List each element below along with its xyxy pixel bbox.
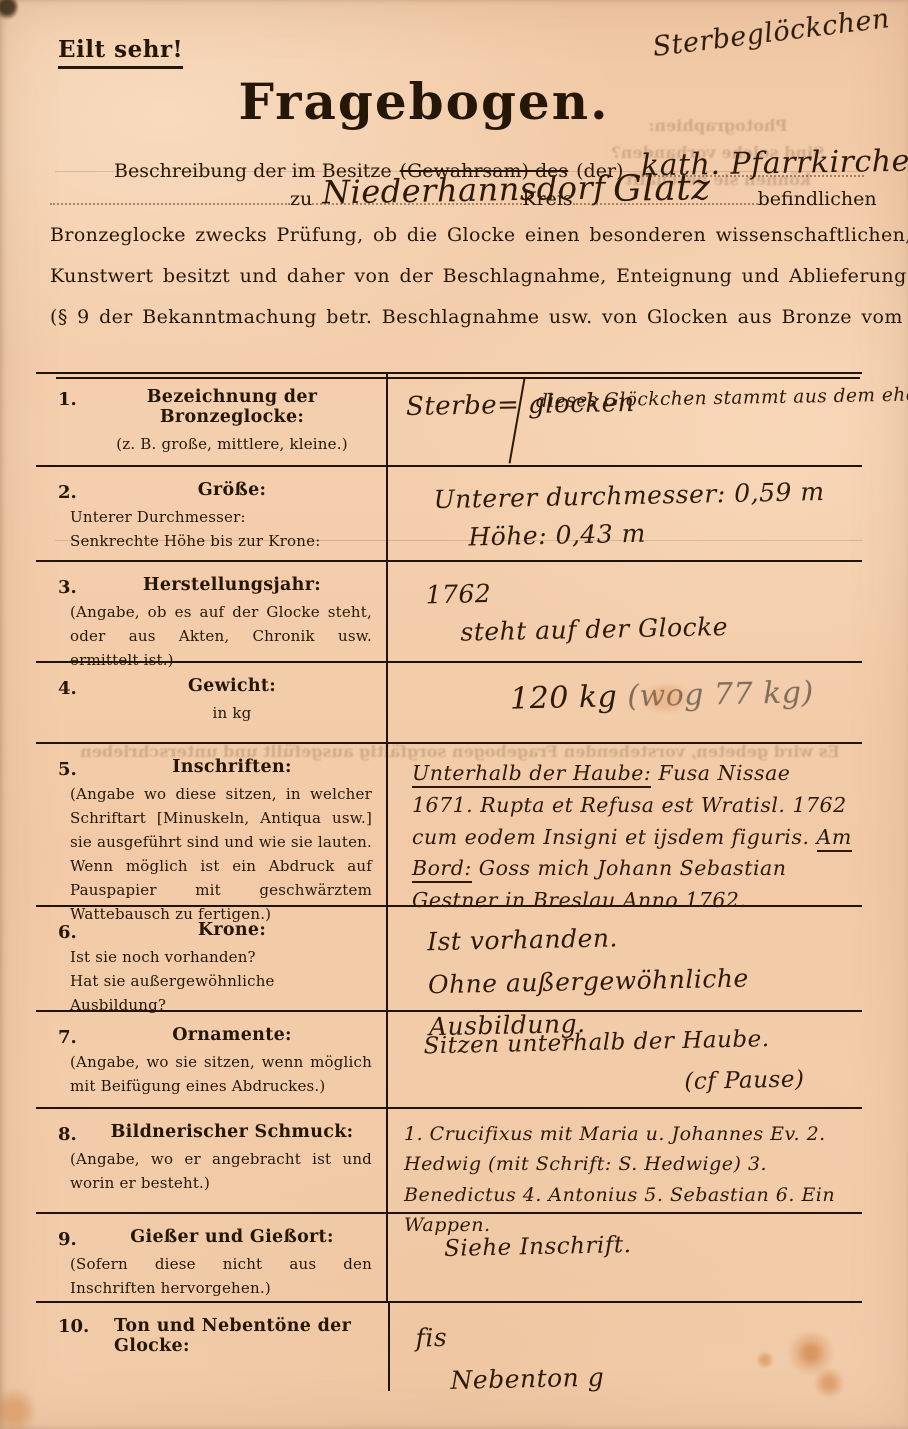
question-hint: Ist sie noch vorhanden? Hat sie außergew… bbox=[70, 945, 372, 1017]
question-cell: 2. Größe: Unterer Durchmesser: Senkrecht… bbox=[36, 467, 388, 560]
table-row-7: 7. Ornamente: (Angabe, wo sie sitzen, we… bbox=[36, 1012, 862, 1109]
intro-line-3: Bronzeglocke zwecks Prüfung, ob die Gloc… bbox=[50, 224, 864, 246]
question-title: Inschriften: bbox=[92, 757, 372, 777]
answer-line: steht auf der Glocke bbox=[460, 605, 855, 651]
hint-line: Unterer Durchmesser: bbox=[70, 505, 372, 529]
answer-cell: Siehe Inschrift. bbox=[388, 1214, 862, 1301]
edge-stain bbox=[0, 1386, 34, 1429]
answer-line: ehemaligen aufgehobenen Kapuziner= bbox=[882, 378, 908, 406]
question-number: 7. bbox=[58, 1027, 77, 1048]
answer-handwritten: Unterer durchmesser: 0,59 m Höhe: 0,43 m bbox=[411, 472, 854, 556]
answer-cell: Sterbe= glocken dieses Glöckchen stammt … bbox=[388, 374, 862, 465]
question-cell: 1. Bezeichnung der Bronzeglocke: (z. B. … bbox=[36, 374, 388, 465]
answer-margin-note: dieses Glöckchen stammt aus dem ehemalig… bbox=[536, 371, 908, 416]
table-row-4: 4. Gewicht: in kg 120 kg (wog 77 kg) bbox=[36, 663, 862, 744]
question-hint: Unterer Durchmesser: Senkrechte Höhe bis… bbox=[70, 505, 372, 553]
answer-handwritten: fis Nebenton g bbox=[411, 1308, 855, 1402]
question-title: Größe: bbox=[92, 480, 372, 500]
question-cell: 9. Gießer und Gießort: (Sofern diese nic… bbox=[36, 1214, 388, 1301]
answer-line: 1. Crucifixus mit Maria u. Johannes Ev. bbox=[404, 1123, 800, 1145]
intro-line-5: (§ 9 der Bekanntmachung betr. Beschlagna… bbox=[50, 306, 864, 328]
question-cell: 7. Ornamente: (Angabe, wo sie sitzen, we… bbox=[36, 1012, 388, 1107]
hint-line: Hat sie außergewöhnliche Ausbildung? bbox=[70, 969, 372, 1017]
answer-cell: Unterer durchmesser: 0,59 m Höhe: 0,43 m bbox=[388, 467, 862, 560]
answer-handwritten: Unterhalb der Haube: Fusa Nissae 1671. R… bbox=[412, 754, 854, 917]
answer-line: dieses Glöckchen stammt aus dem bbox=[536, 385, 876, 412]
answer-weight-ink: 120 kg bbox=[510, 679, 618, 716]
answer-cell: Unterhalb der Haube: Fusa Nissae 1671. R… bbox=[388, 744, 862, 905]
answer-cell: 1. Crucifixus mit Maria u. Johannes Ev. … bbox=[388, 1109, 862, 1212]
corner-mark bbox=[0, 0, 18, 20]
question-table: 1. Bezeichnung der Bronzeglocke: (z. B. … bbox=[36, 372, 862, 1429]
question-hint: (Angabe, ob es auf der Glocke steht, ode… bbox=[70, 600, 372, 672]
place-field: Niederhannsdorf bbox=[312, 203, 522, 205]
answer-line: Nebenton g bbox=[450, 1351, 855, 1402]
question-number: 4. bbox=[58, 678, 77, 699]
question-hint: (Sofern diese nicht aus den Inschriften … bbox=[70, 1252, 372, 1300]
question-hint: in kg bbox=[92, 701, 372, 725]
table-row-8: 8. Bildnerischer Schmuck: (Angabe, wo er… bbox=[36, 1109, 862, 1214]
question-hint: (z. B. große, mittlere, kleine.) bbox=[92, 432, 372, 456]
question-cell: 8. Bildnerischer Schmuck: (Angabe, wo er… bbox=[36, 1109, 388, 1212]
answer-handwritten: 120 kg (wog 77 kg) bbox=[412, 668, 855, 718]
table-row-6: 6. Krone: Ist sie noch vorhanden? Hat si… bbox=[36, 907, 862, 1012]
urgent-stamp: Eilt sehr! bbox=[58, 36, 183, 69]
district-handwritten-value: Glatz bbox=[612, 167, 710, 210]
table-row-1: 1. Bezeichnung der Bronzeglocke: (z. B. … bbox=[36, 374, 862, 467]
answer-cell: Sitzen unterhalb der Haube. (cf Pause) bbox=[388, 1012, 862, 1107]
scanned-form-page: Photographien: Sind solche vorhanden? kö… bbox=[0, 0, 908, 1429]
district-field: Glatz bbox=[573, 203, 758, 205]
answer-handwritten: Siehe Inschrift. bbox=[412, 1219, 855, 1262]
answer-cell: Ist vorhanden. Ohne außergewöhnliche Aus… bbox=[388, 907, 862, 1010]
question-cell: 4. Gewicht: in kg bbox=[36, 663, 388, 742]
question-number: 1. bbox=[58, 389, 77, 410]
pencil-annotation: Sterbeglöckchen bbox=[651, 4, 883, 63]
answer-label-underlined: Unterhalb der Haube: bbox=[412, 761, 651, 788]
question-number: 10. bbox=[58, 1316, 89, 1337]
question-cell: 5. Inschriften: (Angabe wo diese sitzen,… bbox=[36, 744, 388, 905]
answer-line: Insigni et ijsdem figuris. bbox=[543, 825, 809, 849]
question-number: 2. bbox=[58, 482, 77, 503]
answer-cell: 120 kg (wog 77 kg) bbox=[388, 663, 862, 742]
hint-line: Ist sie noch vorhanden? bbox=[70, 945, 372, 969]
hint-line: Senkrechte Höhe bis zur Krone: bbox=[70, 529, 372, 553]
table-row-5: 5. Inschriften: (Angabe wo diese sitzen,… bbox=[36, 744, 862, 907]
question-title: Gewicht: bbox=[92, 676, 372, 696]
answer-cell: fis Nebenton g bbox=[388, 1303, 862, 1429]
answer-line: (cf Pause) bbox=[684, 1067, 805, 1096]
question-number: 9. bbox=[58, 1229, 77, 1250]
answer-weight-pencil: (wog 77 kg) bbox=[627, 675, 814, 714]
answer-line: Sterbe= bbox=[406, 390, 520, 422]
intro-text: befindlichen bbox=[758, 188, 877, 210]
question-cell: 6. Krone: Ist sie noch vorhanden? Hat si… bbox=[36, 907, 388, 1010]
intro-line-2: zu Niederhannsdorf Kreis Glatz befindlic… bbox=[50, 188, 864, 210]
table-row-3: 3. Herstellungsjahr: (Angabe, ob es auf … bbox=[36, 562, 862, 663]
question-number: 5. bbox=[58, 759, 77, 780]
question-number: 6. bbox=[58, 922, 77, 943]
table-row-10: 10. Ton und Nebentöne der Glocke: fis Ne… bbox=[36, 1303, 862, 1429]
question-cell: 3. Herstellungsjahr: (Angabe, ob es auf … bbox=[36, 562, 388, 661]
question-title: Ornamente: bbox=[92, 1025, 372, 1045]
question-hint: (Angabe, wo er angebracht ist und worin … bbox=[70, 1147, 372, 1195]
table-row-9: 9. Gießer und Gießort: (Sofern diese nic… bbox=[36, 1214, 862, 1303]
question-title: Krone: bbox=[92, 920, 372, 940]
question-title: Bildnerischer Schmuck: bbox=[92, 1122, 372, 1142]
blank-fill bbox=[50, 203, 290, 205]
question-title: Gießer und Gießort: bbox=[92, 1227, 372, 1247]
question-title: Herstellungsjahr: bbox=[92, 575, 372, 595]
question-cell: 10. Ton und Nebentöne der Glocke: bbox=[36, 1303, 388, 1429]
answer-line: Sitzen unterhalb der Haube. bbox=[423, 1026, 769, 1059]
answer-line: Höhe: 0,43 m bbox=[468, 510, 855, 556]
question-title: Ton und Nebentöne der Glocke: bbox=[92, 1316, 374, 1356]
question-hint: (Angabe, wo sie sitzen, wenn möglich mit… bbox=[70, 1050, 372, 1098]
intro-line-4: Kunstwert besitzt und daher von der Besc… bbox=[50, 265, 864, 287]
question-hint: (Angabe wo diese sitzen, in welcher Schr… bbox=[70, 782, 372, 926]
question-title: Bezeichnung der Bronzeglocke: bbox=[92, 387, 372, 427]
table-row-2: 2. Größe: Unterer Durchmesser: Senkrecht… bbox=[36, 467, 862, 562]
answer-line: Siehe Inschrift. bbox=[444, 1232, 632, 1262]
form-title: Fragebogen. bbox=[0, 72, 848, 131]
intro-paragraph: Beschreibung der im Besitze (Gewahrsam) … bbox=[50, 160, 864, 347]
answer-handwritten: Sitzen unterhalb der Haube. (cf Pause) bbox=[411, 1017, 855, 1109]
answer-handwritten: 1762 steht auf der Glocke bbox=[411, 567, 854, 651]
question-number: 3. bbox=[58, 577, 77, 598]
place-handwritten-value: Niederhannsdorf bbox=[322, 169, 606, 212]
question-number: 8. bbox=[58, 1124, 77, 1145]
answer-cell: 1762 steht auf der Glocke bbox=[388, 562, 862, 661]
intro-text: zu bbox=[290, 188, 312, 210]
